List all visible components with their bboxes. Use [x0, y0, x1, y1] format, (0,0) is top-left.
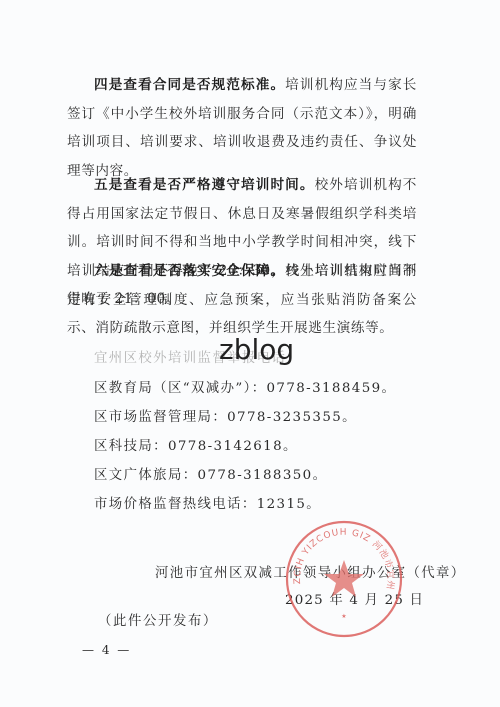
svg-text:★: ★	[341, 613, 346, 620]
contact-market-supervision: 区市场监督管理局：0778-3235355。	[94, 406, 357, 425]
contact-culture-tourism: 区文广体旅局：0778-3188350。	[94, 464, 327, 483]
watermark: zblog	[219, 333, 294, 366]
publish-note: （此件公开发布）	[98, 610, 218, 629]
contact-price-hotline: 市场价格监督热线电话：12315。	[94, 493, 321, 512]
paragraph-lead: 五是查看是否严格遵守培训时间。	[94, 177, 315, 193]
paragraph-contract: 四是查看合同是否规范标准。培训机构应当与家长签订《中小学生校外培训服务合同（示范…	[67, 71, 417, 185]
issuer-signature: 河池市宜州区双减工作领导小组办公室（代章）	[155, 562, 466, 581]
issue-date: 2025 年 4 月 25 日	[285, 589, 424, 608]
contact-science-bureau: 区科技局：0778-3142618。	[94, 435, 298, 454]
paragraph-lead: 六是查看是否落实安全保障。	[94, 263, 285, 279]
document-page: 四是查看合同是否规范标准。培训机构应当与家长签订《中小学生校外培训服务合同（示范…	[0, 0, 500, 707]
paragraph-lead: 四是查看合同是否规范标准。	[94, 77, 285, 93]
page-number: — 4 —	[82, 643, 131, 657]
paragraph-safety: 六是查看是否落实安全保障。校外培训机构应当制定有安全管理制度、应急预案，应当张贴…	[67, 257, 417, 343]
contact-education-bureau: 区教育局（区“双减办”）：0778-3188459。	[94, 377, 396, 396]
